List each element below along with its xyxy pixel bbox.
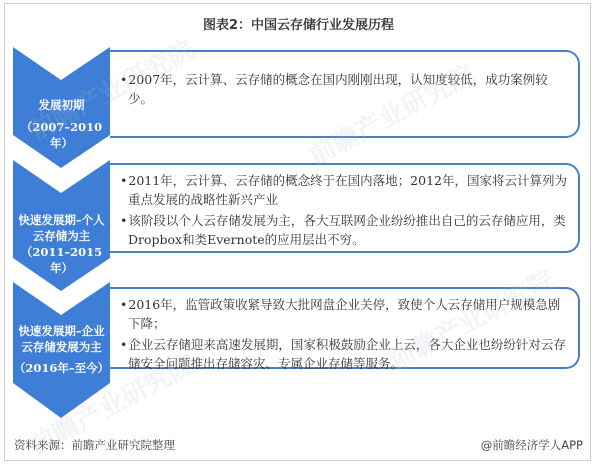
bullet-item: 企业云存储迎来高速发展期，国家积极鼓励企业上云，各大企业也纷纷针对云存储安全问题… (118, 335, 570, 373)
bullet-item: 2007年，云计算、云存储的概念在国内刚刚出现，认知度较低，成功案例较少。 (118, 70, 570, 108)
bullet-item: 2016年，监管政策收紧导致大批网盘企业关停，致使个人云存储用户规模急剧下降； (118, 295, 570, 333)
phase-name-cont: 云存储为主 (13, 228, 110, 244)
source-note: 资料来源：前瞻产业研究院整理 (14, 437, 175, 453)
phase-name: 快速发展期–企业 (13, 323, 110, 339)
stage-1-description: 2007年，云计算、云存储的概念在国内刚刚出现，认知度较低，成功案例较少。 (110, 50, 580, 138)
phase-name: 快速发展期–个人 (13, 212, 110, 228)
stage-3-description: 2016年，监管政策收紧导致大批网盘企业关停，致使个人云存储用户规模急剧下降； … (110, 287, 580, 369)
phase-name: 发展初期 (13, 97, 110, 113)
phase-period: （2011–2015年） (13, 244, 110, 276)
phase-name-cont: 云存储发展为主 (13, 339, 110, 355)
phase-period: （2007–2010年） (13, 119, 110, 151)
bullet-item: 该阶段以个人云存储发展为主，各大互联网企业纷纷推出自己的云存储应用，类Dropb… (118, 211, 570, 249)
phase-period: （2016年–至今） (13, 360, 110, 376)
phase-label-3: 快速发展期–企业 云存储发展为主 （2016年–至今） (13, 323, 110, 376)
phase-label-1: 发展初期 （2007–2010年） (13, 97, 110, 151)
credit-note: @前瞻经济学人APP (481, 437, 583, 453)
phase-label-2: 快速发展期–个人 云存储为主 （2011–2015年） (13, 212, 110, 276)
bullet-item: 2011年，云计算、云存储的概念终于在国内落地；2012年，国家将云计算列为重点… (118, 171, 570, 209)
stage-2-description: 2011年，云计算、云存储的概念终于在国内落地；2012年，国家将云计算列为重点… (110, 163, 580, 253)
